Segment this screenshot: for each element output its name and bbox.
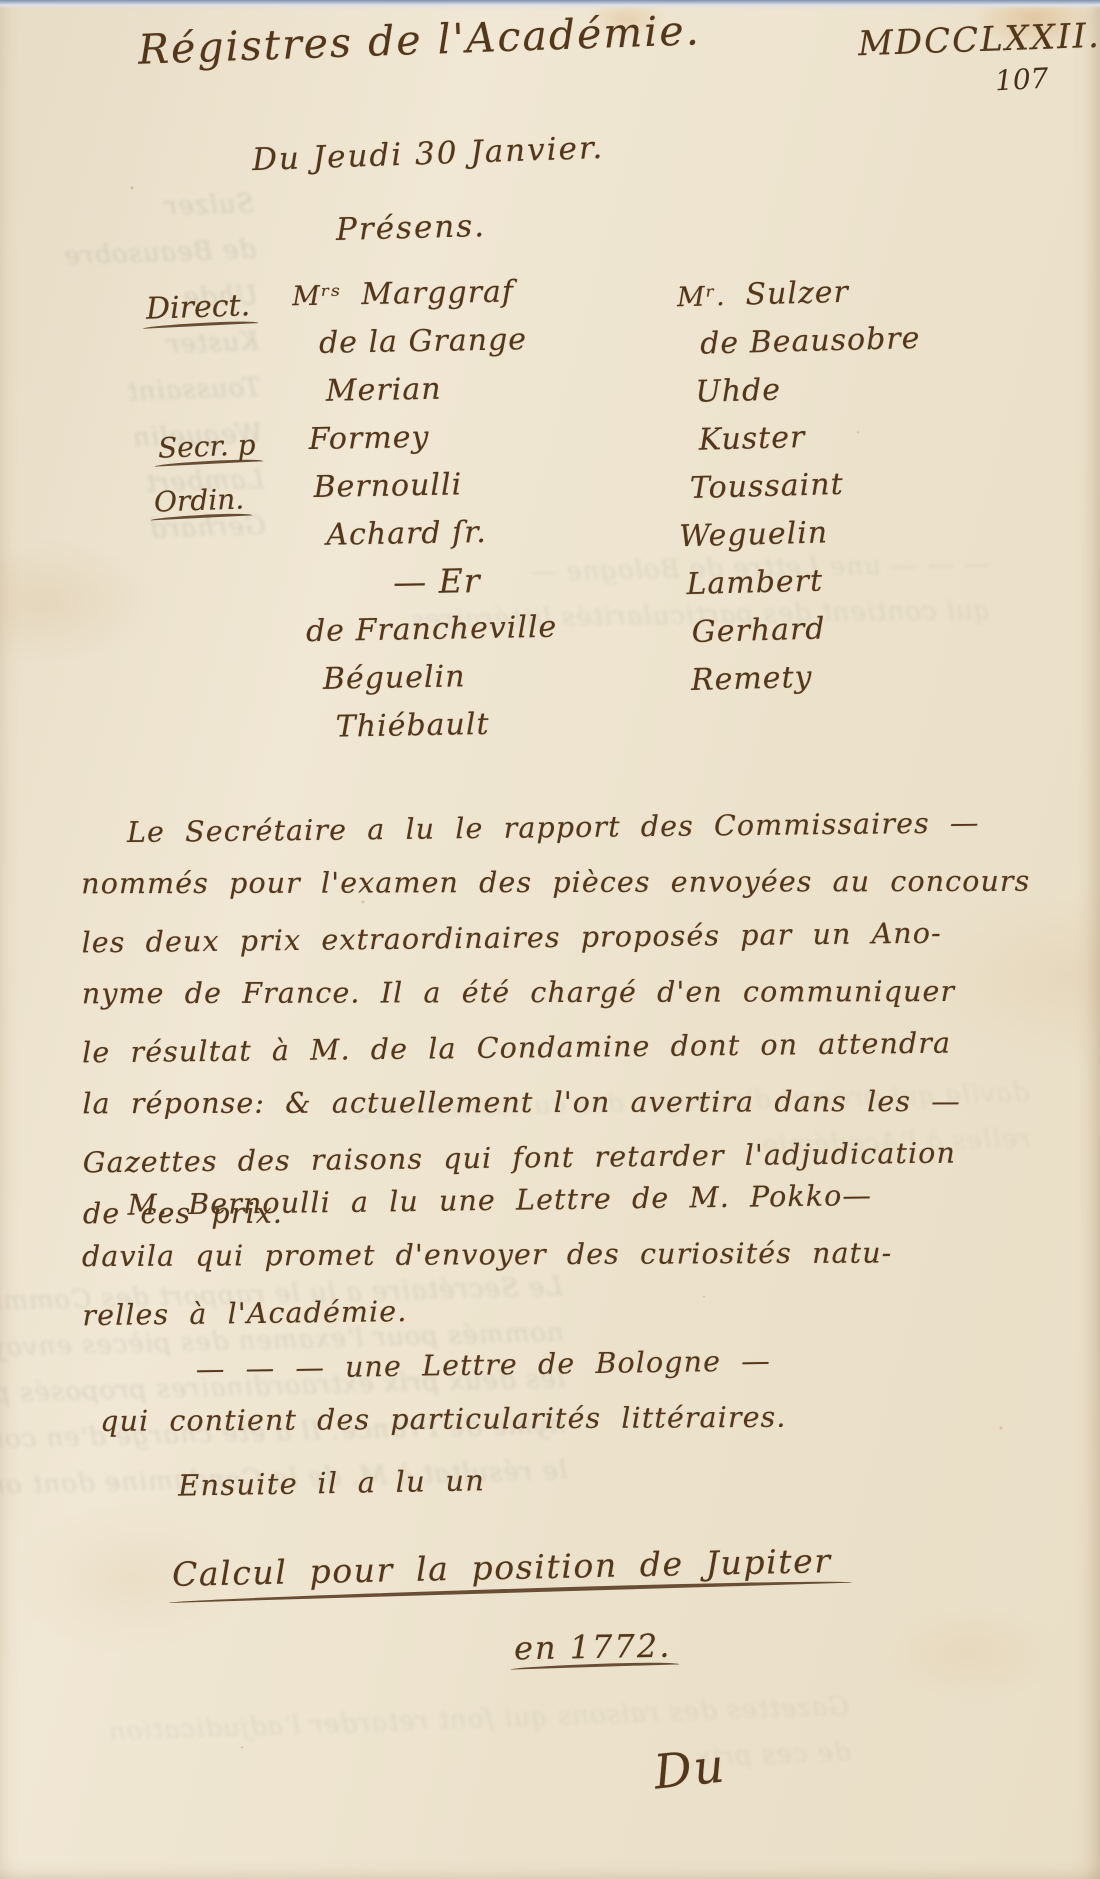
manuscript-line: Le Secrétaire a lu le rapport des Commis… (127, 795, 1032, 860)
attendee-name: Gerhard (691, 611, 826, 649)
scan-edge-artifact (0, 0, 1100, 9)
attendee-row: Formey (308, 414, 554, 466)
attendee-row: Kuster (698, 413, 923, 467)
attendee-row: Thiébault (335, 702, 559, 754)
manuscript-line: la réponse: & actuellement l'on avertira… (82, 1074, 1032, 1131)
margin-label-ordinaires: Ordin. (153, 482, 244, 518)
attendee-row: Merian (326, 366, 554, 418)
attendee-row: Bernoulli (313, 462, 555, 514)
margin-label-directeur: Direct. (145, 288, 250, 327)
attendee-name: Thiébault (335, 707, 489, 745)
attendee-name: Formey (308, 420, 429, 457)
attendee-row: Lambert (686, 557, 927, 611)
attendee-name: Lambert (686, 564, 823, 603)
manuscript-line: le résultat à M. de la Condamine dont on… (82, 1015, 1033, 1081)
attendee-name: — Er (393, 561, 481, 602)
attendee-row: Mʳ.Sulzer (676, 269, 919, 323)
attendance-label: Présens. (336, 208, 487, 248)
manuscript-line: nyme de France. Il a été chargé d'en com… (82, 964, 1032, 1021)
attendee-name: Sulzer (745, 275, 849, 313)
catchword: Du (651, 1738, 728, 1800)
attendee-row: de la Grange (319, 318, 553, 370)
attendee-row: Weguelin (679, 509, 926, 563)
margin-label-directeur-text: Direct. (145, 288, 250, 327)
attendee-row: de Beausobre (700, 317, 921, 371)
attendee-row: Toussaint (689, 461, 924, 515)
attendee-name: de la Grange (319, 322, 528, 361)
memoir-title-year-text: en 1772. (514, 1627, 672, 1668)
attendee-name: Bernoulli (313, 467, 462, 505)
manuscript-line: les deux prix extraordinaires proposés p… (81, 905, 1032, 971)
attendee-name: Remety (691, 660, 813, 698)
honorific-prefix: Mʳ. (677, 281, 726, 313)
session-date-line: Du Jeudi 30 Janvier. (251, 130, 604, 178)
attendee-name: Merian (326, 372, 442, 409)
attendee-name: de Beausobre (700, 321, 921, 362)
attendee-name: Marggraf (361, 274, 514, 312)
memoir-title-text: Calcul pour la position de Jupiter (172, 1541, 832, 1594)
attendee-name: Weguelin (679, 515, 829, 554)
year-roman-numeral: MDCCLXXII. (857, 16, 1100, 64)
attendee-row: — Er (393, 558, 557, 609)
attendee-name: Uhde (695, 373, 781, 410)
attendee-column-right: Mʳ.Sulzer de Beausobre Uhde Kuster Touss… (676, 269, 929, 707)
minutes-paragraph-3: — — — une Lettre de Bologne — qui contie… (100, 1332, 1051, 1450)
attendee-row: Uhde (695, 365, 922, 419)
minutes-paragraph-2: M. Bernoulli a lu une Lettre de M. Pokko… (81, 1169, 1032, 1341)
attendee-name: Toussaint (690, 467, 845, 506)
manuscript-line: davila qui promet d'envoyer des curiosit… (82, 1225, 1032, 1284)
manuscript-page: Sulzer de Beausobre Uhde Kuster Toussain… (0, 0, 1100, 1879)
margin-label-secretaire-text: Secr. p (157, 428, 256, 464)
register-title: Régistres de l'Académie. (137, 6, 701, 74)
attendee-row: Remety (690, 653, 929, 707)
attendee-name: Béguelin (323, 659, 466, 696)
manuscript-line: qui contient des particularités littérai… (100, 1388, 1050, 1449)
attendee-row: Béguelin (323, 654, 559, 706)
attendee-row: Gerhard (691, 605, 928, 659)
page-number: 107 (994, 62, 1049, 98)
lead-in-line: Ensuite il a lu un (178, 1463, 486, 1502)
honorific-prefix: Mʳˢ (292, 280, 342, 312)
memoir-title: Calcul pour la position de Jupiter (172, 1541, 832, 1594)
manuscript-line: nommés pour l'examen des pièces envoyées… (81, 854, 1031, 911)
attendee-row: MʳˢMarggraf (292, 270, 552, 323)
attendee-row: de Francheville (306, 606, 558, 658)
attendee-name: Kuster (698, 420, 806, 458)
attendee-name: Achard ſr. (326, 515, 487, 553)
attendee-column-left: MʳˢMarggraf de la Grange Merian Formey B… (292, 270, 560, 754)
attendee-row: Achard ſr. (326, 510, 556, 562)
manuscript-line: — — — une Lettre de Bologne — (195, 1329, 1050, 1397)
margin-label-ordinaires-text: Ordin. (153, 482, 244, 518)
margin-label-secretaire: Secr. p (157, 428, 256, 464)
manuscript-line: M. Bernoulli a lu une Lettre de M. Pokko… (127, 1166, 1032, 1233)
attendee-name: de Francheville (306, 610, 558, 649)
memoir-title-year: en 1772. (514, 1627, 672, 1668)
